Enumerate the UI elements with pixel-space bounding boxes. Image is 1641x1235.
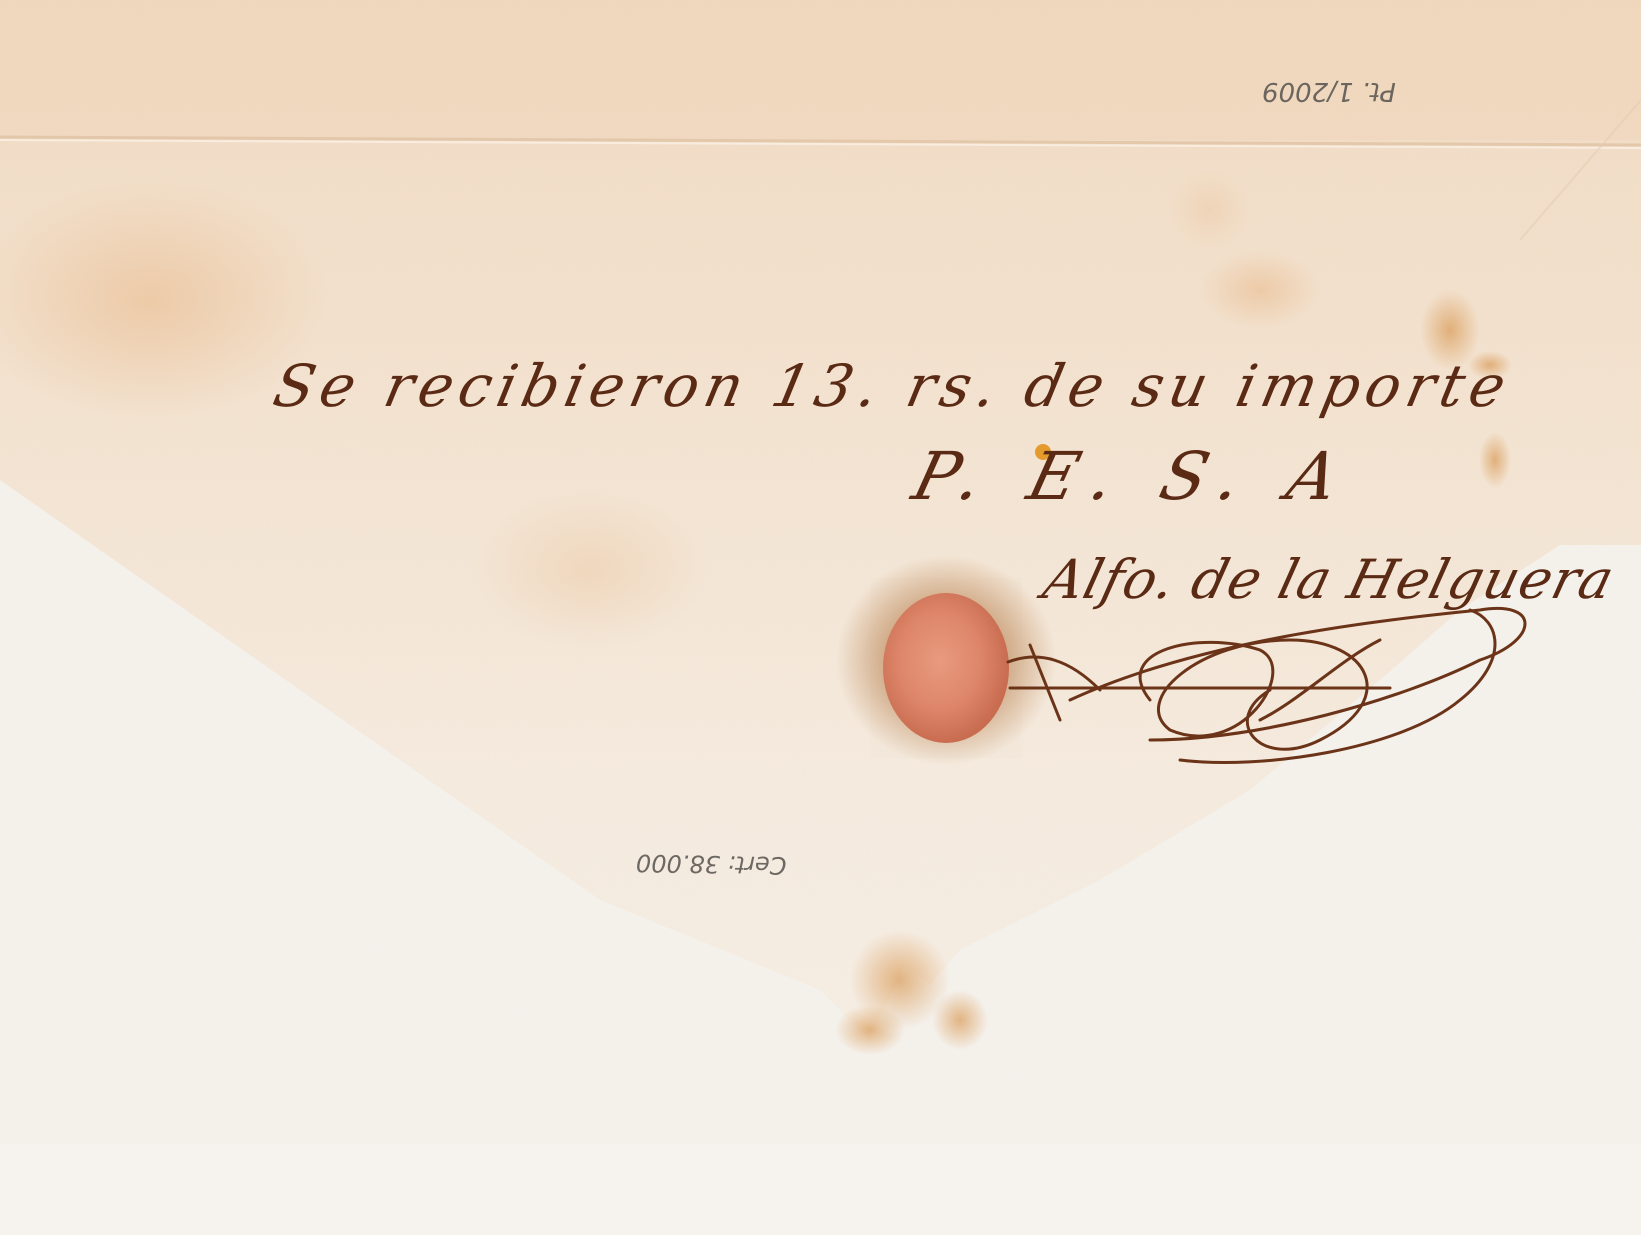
manuscript-signature: Alfo. de la Helguera — [1037, 548, 1621, 611]
pencil-annotation-bottom: Cert: 38.000 — [636, 849, 787, 880]
document-stage: Se recibieron 13. rs. de su importe P. E… — [0, 0, 1641, 1235]
paper-sheet — [0, 0, 1641, 1235]
manuscript-line-1: Se recibieron 13. rs. de su importe — [268, 352, 1518, 420]
pencil-annotation-top: Pt. 1/2009 — [1262, 76, 1396, 106]
manuscript-line-2: P. E. S. A — [905, 438, 1360, 515]
